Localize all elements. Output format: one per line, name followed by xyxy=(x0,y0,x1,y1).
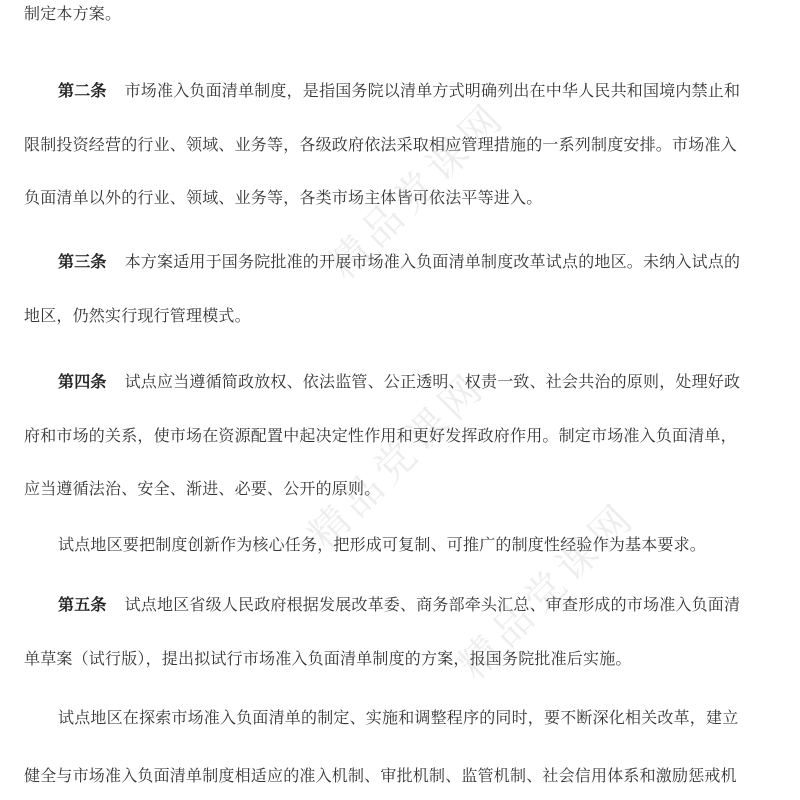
text-line: 单草案（试行版），提出拟试行市场准入负面清单制度的方案，报国务院批准后实施。 xyxy=(24,648,784,670)
article-number: 第二条 xyxy=(58,81,107,100)
text-line: 健全与市场准入负面清单制度相适应的准入机制、审批机制、监管机制、社会信用体系和激… xyxy=(24,765,784,787)
line-text: 市场准入负面清单制度，是指国务院以清单方式明确列出在中华人民共和国境内禁止和 xyxy=(125,81,741,100)
article-number: 第三条 xyxy=(58,252,107,271)
line-text: 地区，仍然实行现行管理模式。 xyxy=(24,306,251,325)
line-text: 制定本方案。 xyxy=(24,4,121,23)
line-text: 应当遵循法治、安全、渐进、必要、公开的原则。 xyxy=(24,479,380,498)
text-line: 限制投资经营的行业、领域、业务等，各级政府依法采取相应管理措施的一系列制度安排。… xyxy=(24,134,784,156)
paragraph-line: 试点地区在探索市场准入负面清单的制定、实施和调整程序的同时，要不断深化相关改革，… xyxy=(58,707,800,729)
text-line: 地区，仍然实行现行管理模式。 xyxy=(24,305,784,327)
line-text: 试点地区要把制度创新作为核心任务，把形成可复制、可推广的制度性经验作为基本要求。 xyxy=(58,535,706,554)
text-line: 府和市场的关系，使市场在资源配置中起决定性作用和更好发挥政府作用。制定市场准入负… xyxy=(24,425,784,447)
line-text: 试点应当遵循简政放权、依法监管、公正透明、权责一致、社会共治的原则，处理好政 xyxy=(125,372,741,391)
line-text: 限制投资经营的行业、领域、业务等，各级政府依法采取相应管理措施的一系列制度安排。… xyxy=(24,135,737,154)
paragraph-line: 试点地区要把制度创新作为核心任务，把形成可复制、可推广的制度性经验作为基本要求。 xyxy=(58,534,800,556)
article-number: 第四条 xyxy=(58,372,107,391)
line-text: 试点地区在探索市场准入负面清单的制定、实施和调整程序的同时，要不断深化相关改革，… xyxy=(58,708,738,727)
line-text: 负面清单以外的行业、领域、业务等，各类市场主体皆可依法平等进入。 xyxy=(24,188,542,207)
line-text: 健全与市场准入负面清单制度相适应的准入机制、审批机制、监管机制、社会信用体系和激… xyxy=(24,766,737,785)
article-number: 第五条 xyxy=(58,595,107,614)
text-line: 负面清单以外的行业、领域、业务等，各类市场主体皆可依法平等进入。 xyxy=(24,187,784,209)
text-line: 应当遵循法治、安全、渐进、必要、公开的原则。 xyxy=(24,478,784,500)
line-text: 单草案（试行版），提出拟试行市场准入负面清单制度的方案，报国务院批准后实施。 xyxy=(24,649,632,668)
article-heading-line: 第三条本方案适用于国务院批准的开展市场准入负面清单制度改革试点的地区。未纳入试点… xyxy=(58,251,800,273)
article-heading-line: 第二条市场准入负面清单制度，是指国务院以清单方式明确列出在中华人民共和国境内禁止… xyxy=(58,80,800,102)
article-heading-line: 第四条试点应当遵循简政放权、依法监管、公正透明、权责一致、社会共治的原则，处理好… xyxy=(58,371,800,393)
document-page: 精品党课网 精品党课网 精品党课网 制定本方案。 第二条市场准入负面清单制度，是… xyxy=(0,0,800,800)
text-line: 制定本方案。 xyxy=(24,3,784,25)
line-text: 府和市场的关系，使市场在资源配置中起决定性作用和更好发挥政府作用。制定市场准入负… xyxy=(24,426,737,445)
line-text: 本方案适用于国务院批准的开展市场准入负面清单制度改革试点的地区。未纳入试点的 xyxy=(125,252,741,271)
article-heading-line: 第五条试点地区省级人民政府根据发展改革委、商务部牵头汇总、审查形成的市场准入负面… xyxy=(58,594,800,616)
line-text: 试点地区省级人民政府根据发展改革委、商务部牵头汇总、审查形成的市场准入负面清 xyxy=(125,595,741,614)
